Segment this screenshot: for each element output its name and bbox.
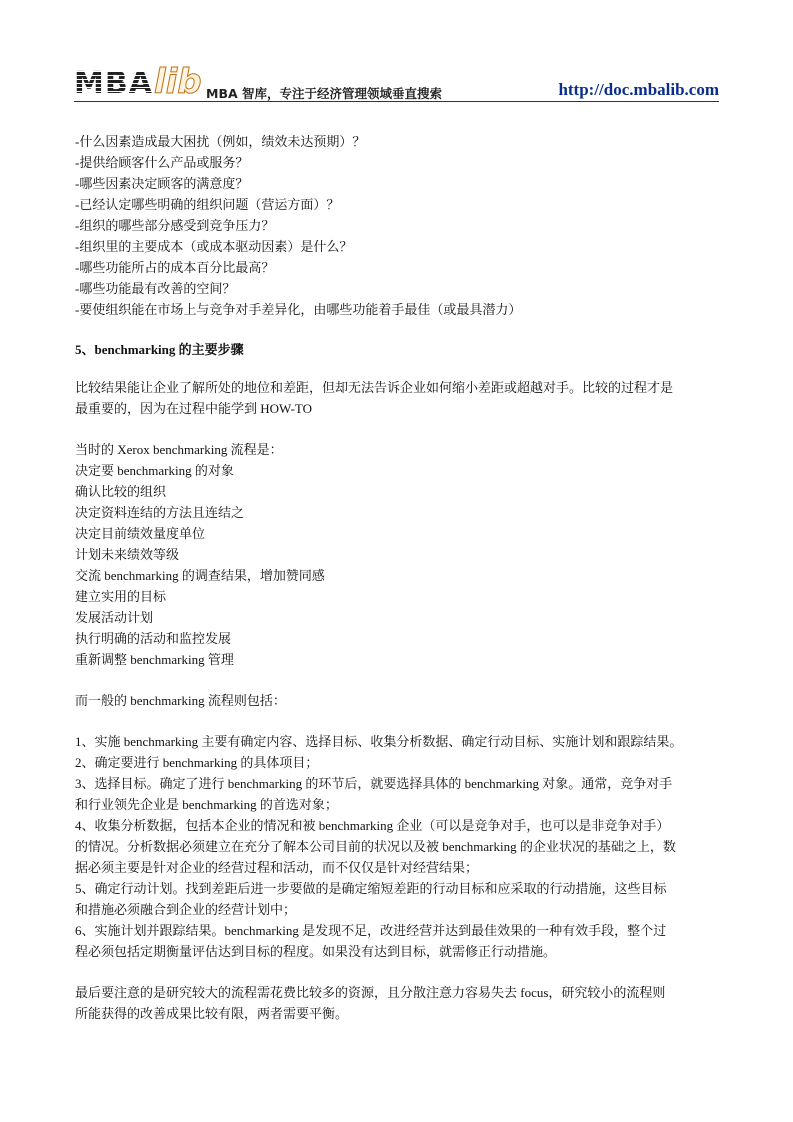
question-item: -哪些因素决定顾客的满意度？: [75, 173, 725, 194]
page-header: MBA lib MBA 智库，专注于经济管理领域垂直搜索 http://doc.…: [74, 56, 719, 102]
header-tagline: MBA 智库，专注于经济管理领域垂直搜索: [206, 84, 442, 102]
general-line: 1、实施 benchmarking 主要有确定内容、选择目标、收集分析数据、确定…: [75, 731, 725, 752]
question-item: -什么因素造成最大困扰（例如，绩效未达预期）？: [75, 131, 725, 152]
logo-lib-text: lib: [154, 64, 202, 100]
closing-line: 最后要注意的是研究较大的流程需花费比较多的资源，且分散注意力容易失去 focus…: [75, 982, 725, 1003]
logo-mba-text: MBA: [74, 68, 153, 100]
intro-line: 最重要的，因为在过程中能学到 HOW-TO: [75, 398, 725, 419]
general-line: 5、确定行动计划。找到差距后进一步要做的是确定缩短差距的行动目标和应采取的行动措…: [75, 878, 725, 899]
xerox-step: 决定目前绩效量度单位: [75, 523, 725, 544]
closing-paragraph: 最后要注意的是研究较大的流程需花费比较多的资源，且分散注意力容易失去 focus…: [75, 982, 725, 1024]
xerox-step: 交流 benchmarking 的调查结果，增加赞同感: [75, 565, 725, 586]
xerox-step: 计划未来绩效等级: [75, 544, 725, 565]
xerox-step: 重新调整 benchmarking 管理: [75, 649, 725, 670]
closing-line: 所能获得的改善成果比较有限，两者需要平衡。: [75, 1003, 725, 1024]
header-url-link[interactable]: http://doc.mbalib.com: [558, 80, 719, 100]
general-line: 的情况。分析数据必须建立在充分了解本公司目前的状况以及被 benchmarkin…: [75, 836, 725, 857]
intro-paragraph: 比较结果能让企业了解所处的地位和差距，但却无法告诉企业如何缩小差距或超越对手。比…: [75, 377, 725, 419]
general-process-list: 1、实施 benchmarking 主要有确定内容、选择目标、收集分析数据、确定…: [75, 731, 725, 962]
xerox-step: 确认比较的组织: [75, 481, 725, 502]
intro-line: 比较结果能让企业了解所处的地位和差距，但却无法告诉企业如何缩小差距或超越对手。比…: [75, 377, 725, 398]
question-item: -哪些功能最有改善的空间？: [75, 278, 725, 299]
general-line: 3、选择目标。确定了进行 benchmarking 的环节后，就要选择具体的 b…: [75, 773, 725, 794]
section-heading: 5、benchmarking 的主要步骤: [75, 339, 725, 360]
xerox-step: 决定要 benchmarking 的对象: [75, 460, 725, 481]
general-process-title: 而一般的 benchmarking 流程则包括：: [75, 690, 725, 711]
xerox-step: 建立实用的目标: [75, 586, 725, 607]
question-item: -提供给顾客什么产品或服务？: [75, 152, 725, 173]
question-list: -什么因素造成最大困扰（例如，绩效未达预期）？ -提供给顾客什么产品或服务？ -…: [75, 131, 725, 320]
header-divider: [74, 101, 719, 102]
question-item: -要使组织能在市场上与竞争对手差异化，由哪些功能着手最佳（或最具潜力）: [75, 299, 725, 320]
general-line: 6、实施计划并跟踪结果。benchmarking 是发现不足，改进经营并达到最佳…: [75, 920, 725, 941]
general-line: 据必须主要是针对企业的经营过程和活动，而不仅仅是针对经营结果；: [75, 857, 725, 878]
xerox-process-title: 当时的 Xerox benchmarking 流程是：: [75, 439, 725, 460]
question-item: -组织的哪些部分感受到竞争压力？: [75, 215, 725, 236]
general-line: 和措施必须融合到企业的经营计划中；: [75, 899, 725, 920]
question-item: -已经认定哪些明确的组织问题（营运方面）？: [75, 194, 725, 215]
general-line: 程必须包括定期衡量评估达到目标的程度。如果没有达到目标，就需修正行动措施。: [75, 941, 725, 962]
xerox-step: 决定资料连结的方法且连结之: [75, 502, 725, 523]
xerox-step: 发展活动计划: [75, 607, 725, 628]
general-line: 4、收集分析数据，包括本企业的情况和被 benchmarking 企业（可以是竞…: [75, 815, 725, 836]
general-line: 2、确定要进行 benchmarking 的具体项目；: [75, 752, 725, 773]
question-item: -哪些功能所占的成本百分比最高？: [75, 257, 725, 278]
mbalib-logo: MBA lib: [74, 56, 202, 100]
question-item: -组织里的主要成本（或成本驱动因素）是什么？: [75, 236, 725, 257]
general-line: 和行业领先企业是 benchmarking 的首选对象；: [75, 794, 725, 815]
document-body: -什么因素造成最大困扰（例如，绩效未达预期）？ -提供给顾客什么产品或服务？ -…: [75, 131, 725, 1024]
xerox-step: 执行明确的活动和监控发展: [75, 628, 725, 649]
xerox-step-list: 决定要 benchmarking 的对象 确认比较的组织 决定资料连结的方法且连…: [75, 460, 725, 670]
